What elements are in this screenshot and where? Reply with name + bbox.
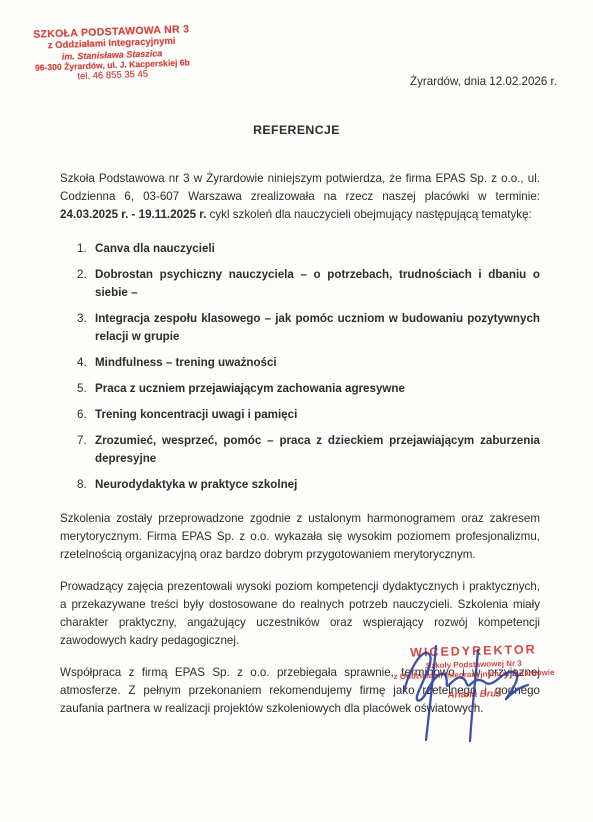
list-item-text: Praca z uczniem przejawiającym zachowani… [95,380,540,398]
list-item-number: 1. [77,240,95,258]
school-stamp: SZKOŁA PODSTAWOWA NR 3 z Oddziałami Inte… [27,23,197,84]
list-item-number: 8. [77,476,95,494]
list-item: 2. Dobrostan psychiczny nauczyciela – o … [60,266,540,302]
intro-text-after: cykl szkoleń dla nauczycieli obejmujący … [206,208,531,221]
list-item-text: Canva dla nauczycieli [95,240,540,258]
list-item: 6. Trening koncentracji uwagi i pamięci [60,406,540,424]
list-item: 1. Canva dla nauczycieli [60,240,540,258]
list-item-number: 3. [77,310,95,346]
list-item-number: 6. [77,406,95,424]
place-and-date: Żyrardów, dnia 12.02.2026 r. [410,75,557,88]
list-item-number: 5. [77,380,95,398]
intro-text-before: Szkoła Podstawowa nr 3 w Żyrardowie nini… [60,172,540,203]
intro-paragraph: Szkoła Podstawowa nr 3 w Żyrardowie nini… [60,170,540,224]
list-item-text: Integracja zespołu klasowego – jak pomóc… [95,310,540,346]
list-item-number: 2. [77,266,95,302]
list-item: 8. Neurodydaktyka w praktyce szkolnej [60,476,540,494]
list-item-number: 7. [77,432,95,468]
list-item: 3. Integracja zespołu klasowego – jak po… [60,310,540,346]
list-item-number: 4. [77,354,95,372]
list-item: 4. Mindfulness – trening uważności [60,354,540,372]
list-item-text: Neurodydaktyka w praktyce szkolnej [95,476,540,494]
body-paragraph: Szkolenia zostały przeprowadzone zgodnie… [60,510,540,564]
list-item-text: Trening koncentracji uwagi i pamięci [95,406,540,424]
list-item-text: Mindfulness – trening uważności [95,354,540,372]
list-item-text: Dobrostan psychiczny nauczyciela – o pot… [95,266,540,302]
document-title: REFERENCJE [0,123,593,137]
body-paragraph: Prowadzący zajęcia prezentowali wysoki p… [60,578,540,650]
training-topics-list: 1. Canva dla nauczycieli 2. Dobrostan ps… [60,240,540,494]
list-item: 7. Zrozumieć, wesprzeć, pomóc – praca z … [60,432,540,468]
list-item-text: Zrozumieć, wesprzeć, pomóc – praca z dzi… [95,432,540,468]
training-period: 24.03.2025 r. - 19.11.2025 r. [60,208,206,221]
list-item: 5. Praca z uczniem przejawiającym zachow… [60,380,540,398]
document-page: SZKOŁA PODSTAWOWA NR 3 z Oddziałami Inte… [0,0,593,822]
vice-director-stamp: WICEDYREKTOR Szkoły Podstawowej Nr 3 z O… [387,642,560,703]
